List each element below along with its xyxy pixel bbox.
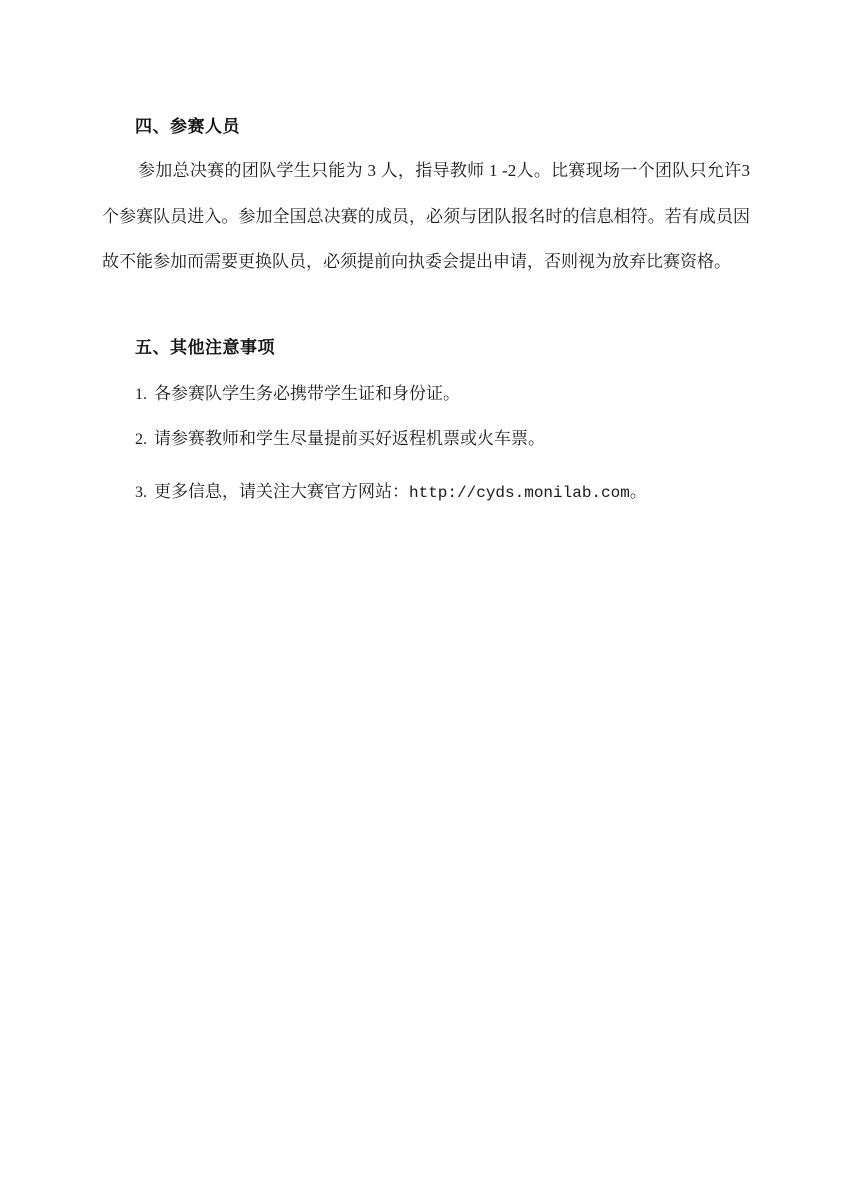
- section-four-heading: 四、参赛人员: [135, 116, 240, 138]
- list-item: 3.更多信息，请关注大赛官方网站：http://cyds.monilab.com…: [135, 481, 647, 504]
- list-item-number: 1.: [135, 384, 148, 406]
- list-item: 2.请参赛教师和学生尽量提前买好返程机票或火车票。: [135, 428, 545, 451]
- list-item-text: 请参赛教师和学生尽量提前买好返程机票或火车票。: [154, 429, 545, 448]
- section-five-heading: 五、其他注意事项: [135, 337, 275, 359]
- document-page: 四、参赛人员 参加总决赛的团队学生只能为 3 人，指导教师 1 -2人。比赛现场…: [0, 0, 849, 1200]
- website-url: http://cyds.monilab.com: [409, 484, 630, 502]
- list-item-text: 各参赛队学生务必携带学生证和身份证。: [154, 384, 460, 403]
- list-item-number: 3.: [135, 482, 148, 504]
- list-item-suffix: 。: [630, 482, 647, 501]
- list-item-text: 更多信息，请关注大赛官方网站：: [154, 482, 409, 501]
- list-item-number: 2.: [135, 429, 148, 451]
- section-four-paragraph: 参加总决赛的团队学生只能为 3 人，指导教师 1 -2人。比赛现场一个团队只允许…: [102, 148, 750, 285]
- list-item: 1.各参赛队学生务必携带学生证和身份证。: [135, 383, 460, 406]
